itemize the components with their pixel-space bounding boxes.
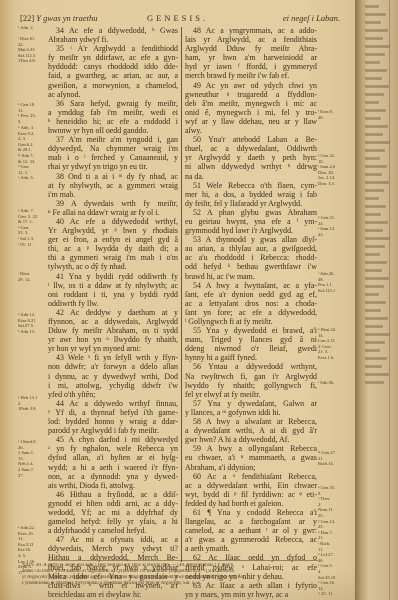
adjacent-page-curve	[355, 0, 398, 600]
verse-line: odd hefyd ᵏ bethau gwerthfawr i'w	[185, 262, 317, 271]
verse-line: eu geiriau hwynt, yna efe a ⁱ ym-	[185, 217, 317, 226]
verse-line: 43 Wele ˣ fi yn ſefyll wrth y ffyn-	[48, 353, 178, 362]
verse-line: gwneuthur ᵍ trugaredd a ffyddlon-	[185, 90, 317, 99]
blurred-text-line	[365, 85, 389, 88]
blurred-text-line	[365, 141, 390, 144]
verse-line: 44 Ac a ddywedo wrthyf finnau,	[48, 399, 178, 408]
page-number: [22]	[20, 13, 34, 23]
verse-line: lod: bydded honno y wraig a ddar-	[48, 417, 178, 426]
verse-line: hyd yr iawn ᶠ ffordd, i gymmeryd	[185, 62, 317, 71]
verse-line: 49 Ac yn awr od ydych chwi yn	[185, 81, 317, 90]
verse-line: aſwy.	[185, 126, 317, 135]
running-title: Y gwas yn traethu	[36, 13, 97, 23]
blurred-text-line	[365, 213, 381, 216]
blurred-text-line	[365, 205, 386, 208]
verse-line: gwr hwn? A hi a ddywedodd, Af.	[185, 435, 317, 444]
verse-line: gamelod hefyd: felly yr yfais, a hi	[48, 517, 178, 526]
verse-line: ni allwn ddywedyd wrthyt ʰ ddrwg	[185, 162, 317, 171]
blurred-text-line	[365, 5, 379, 8]
verse-line: wyf ar y llaw ddehau, neu ar y llaw	[185, 117, 317, 126]
verse-line: hynny hi a gaiff fyned.	[185, 353, 317, 362]
blurred-text-line	[365, 301, 386, 304]
verse-line: ham, yr hwn a'm harweiniodd ar	[185, 53, 317, 62]
verse-line: hyddodd: canys rhoddodd iddo dde-	[48, 62, 178, 71]
blurred-text-line	[365, 21, 381, 24]
verse-line: 55 Yna y dywedodd ei brawd, a'i	[185, 326, 317, 335]
verse-line: i mi, attolwg, ychydig ddwfr i'w	[48, 381, 178, 390]
verse-line: oddiwrth fy llw.	[48, 299, 178, 308]
verse-line: Dduw fy meiſtr Abraham, os ti sydd	[48, 326, 178, 335]
verse-line: i dynnu, ac y dywedwyf wrthi, Dod	[48, 372, 178, 381]
verse-line: at fy nhylwyth, ac a gymmeri wraig	[48, 181, 178, 190]
verse-line: ffynnon, ac a ddywedais, Arglwydd	[48, 317, 178, 326]
cross-reference: ʰ Gen.31. 24. ˢ Sam.13. 22.	[318, 215, 335, 237]
cross-reference: ᵐ Gen.27. 21. Ruth.14.	[318, 450, 336, 467]
verse-line: 62 Ac Iſaac oedd yn dyfod o	[185, 553, 317, 562]
blurred-text-line	[365, 269, 382, 272]
verse-line: lais yr Arglwydd, ac a fendithiais	[185, 35, 317, 44]
verse-line: ⁿ Fe allai na ddaw'r wraig ar fy ol i.	[48, 208, 178, 217]
footnote-divider	[48, 560, 318, 561]
verse-line: lwyddo fy nhaith; gollyngwch fi,	[185, 381, 317, 390]
blurred-text-line	[365, 77, 382, 80]
blurred-text-line	[365, 101, 379, 104]
blurred-text-line	[365, 309, 381, 312]
blurred-text-line	[365, 181, 389, 184]
verse-line: y llances, a ᵐ gofynwn iddi hi.	[185, 408, 317, 417]
blurred-text-line	[365, 237, 390, 240]
verse-line: wedodd, Yf; ac mi a ddyfrhaf dy	[48, 508, 178, 517]
verse-line: 48 Ac a ymgrymmais, ac a addo-	[185, 26, 317, 35]
cross-reference: ᵗ Deut. 29. 12.	[18, 271, 31, 282]
verse-line: non, ac a dynnodd: yna y dywed-	[48, 472, 178, 481]
verse-line: thuel, ac a ddywedaſant, Oddiwrth	[185, 144, 317, 153]
verse-line: mab i o ˡ ferched y Canaaneaid, y	[48, 153, 178, 162]
blurred-text-line	[365, 317, 388, 320]
verse-line: 60 Ac a ᵒ fendithiaſant Rebecca,	[185, 472, 317, 481]
verse-line: ddywedais, Merch pwy ydwyt ti?	[48, 544, 178, 553]
verse-line: 57 Yna y dywedaſant, Galwn ar	[185, 399, 317, 408]
adjacent-page-rule	[389, 0, 390, 600]
verse-line: 51 Wele Rebecca o'th flaen, cym-	[185, 181, 317, 190]
cross-reference: ᶠ Ezra 8. 28.	[318, 109, 333, 120]
cross-reference: ˡ Adn.56.	[318, 380, 334, 386]
blurred-text-line	[365, 381, 384, 384]
verse-line: ʸ Yf di, a thynnaf hefyd i'th game-	[48, 408, 178, 417]
verse-line: ais wrthi, Dioda fi, attolwg.	[48, 481, 178, 490]
verse-line: au arian, a thlyſau aur, a gwiſgoedd,	[185, 244, 317, 253]
verse-line: ᵏ heneiddio hi; ac efe a roddodd i	[48, 117, 178, 126]
verse-line: onid ê, mynegwch i mi, fel y tro-	[185, 108, 317, 117]
verse-line: a aeth ymaith.	[185, 544, 317, 553]
blurred-text-line	[365, 173, 382, 176]
verse-line: 53 A thynnodd y gwas allan dlyſ-	[185, 235, 317, 244]
verse-line: ac a ddywedaſant wrthi, Ein chwaer	[185, 481, 317, 490]
blurred-text-line	[365, 13, 386, 16]
cross-reference: ᵘ Adn.12. Ezra 8.21 Sal.37.5. ˣ Adn.13.	[18, 312, 36, 334]
verse-line: tylwyth, ac o dŷ fy nhad.	[48, 262, 178, 271]
blurred-text-line	[365, 229, 383, 232]
verse-line: ac a'u rhoddodd i Rebecca: rhodd-	[185, 253, 317, 262]
book-title: GENESIS.	[147, 13, 208, 23]
verse-line: ᵗ llw, os ti a ddaw at fy nhylwyth; ac	[48, 281, 178, 290]
cross-reference: ᵏ Gen.18. 11. ᴸ Pen. 25. 5.	[18, 102, 36, 124]
verse-line: yr Arglwydd y daeth y peth hyn:	[185, 153, 317, 162]
verse-line: ᶻ yn fy nghalon, wele Rebecca yn	[48, 444, 178, 453]
verse-line: 54 A hwy a fwyttaſant, ac a yfa-	[185, 281, 317, 290]
verse-line: Na rwyſtrwch fi, gan i'r Arglwydd	[185, 372, 317, 381]
blurred-text-line	[365, 125, 388, 128]
verse-line: ſant yn fore; ac efe a ddywedodd,	[185, 308, 317, 317]
verse-line: 52 A phan glybu gwas Abraham	[185, 208, 317, 217]
cross-reference: ᶻ 1Saml.8. 26. 1 Sam.1. 13. Neh.1.4. 2 S…	[18, 439, 37, 478]
blurred-text-line	[365, 61, 380, 64]
cross-reference: ᵃ Adn. 2.	[18, 25, 34, 31]
verse-line: llangeſau, ac a farchogaſant ar y	[185, 517, 317, 526]
verse-line: a ymddug fab i'm meiſtr, wedi ei	[48, 108, 178, 117]
verse-line: grymmodd hyd lawr i'r Arglwydd.	[185, 226, 317, 235]
blurred-text-line	[365, 341, 385, 344]
blurred-text-line	[365, 357, 387, 360]
verse-line: 45 A chyn darfod i mi ddywedyd	[48, 435, 178, 444]
verse-line: i'm mab.	[48, 190, 178, 199]
verse-line: Yr Arglwydd, yr ᵖ hwn y rhodiais	[48, 226, 178, 235]
verse-line: camelod, ac a aethant ʳ ar ol y gwr:	[185, 526, 317, 535]
blurred-text-line	[365, 69, 387, 72]
verse-line: wydd; a hi a aeth i waered i'r ffyn-	[48, 463, 178, 472]
verse-line: 41 Yna y byddi rydd oddiwrth fy	[48, 272, 178, 281]
bible-page: [22] Y gwas yn traethu GENESIS. ei negeſ…	[0, 0, 366, 600]
blurred-text-line	[365, 37, 383, 40]
verse-line: dyfod allan, a'i hyſten ar ei hyſg-	[48, 453, 178, 462]
verse-line: wyt, bydd di ᵖ fil fyrddiwn: ac ᵠ eti-	[185, 490, 317, 499]
blurred-text-line	[365, 221, 388, 224]
verse-line: a ddyfrhaodd y camelod hefyd.	[48, 526, 178, 535]
verse-line: 42 Ac deddyw y daethum at y	[48, 308, 178, 317]
verse-line: a'r gwas a gymmerodd Rebecca, ac	[185, 535, 317, 544]
blurred-text-line	[365, 373, 389, 376]
verse-line: hwnnw yr hyn oll oedd ganddo.	[48, 126, 178, 135]
verse-line: merch brawd fy meiſtr i'w fab ef.	[185, 71, 317, 80]
blurred-text-line	[365, 149, 385, 152]
blurred-text-line	[365, 285, 384, 288]
column-divider	[181, 27, 182, 562]
verse-line: rhai yr ydwyf yn trigo yn eu tir.	[48, 162, 178, 171]
cross-reference: ᵏ Deut.32. 14. Can.4.13 2 Cron. 21. 3. E…	[318, 327, 336, 361]
verse-line: 47 Ac mi a ofynais iddi, ac a	[48, 535, 178, 544]
verse-line: thi, ac a ᵖ lwydda dy daith di; a	[48, 244, 178, 253]
verse-line: oni roddant i ti, yna y byddi rydd	[48, 290, 178, 299]
verse-line: ger ei fron, a enfyn ei angel gyd â	[48, 235, 178, 244]
verse-line: 36 Sara hefyd, gwraig fy meiſtr,	[48, 99, 178, 108]
blurred-text-line	[365, 277, 389, 280]
verse-line: 40 Ac efe a ddywedodd wrthyf,	[48, 217, 178, 226]
blurred-text-line	[365, 245, 385, 248]
blurred-text-line	[365, 117, 381, 120]
cross-reference: ᵍ Gen.32. 10. ˢ Sam.2.6 Diar. 20. Jos. 2…	[318, 153, 335, 187]
verse-line: 37 A'm meiſtr a'm tyngodd i, gan	[48, 135, 178, 144]
verse-line: Arglwydd Dduw fy meiſtr Abra-	[185, 44, 317, 53]
verse-line: Abraham ydwyf fi.	[48, 35, 178, 44]
verse-line: mam, Triged y llances gyd â ni	[185, 335, 317, 344]
right-text-column: 48 Ac a ymgrymmais, ac a addo-lais yr Ar…	[185, 26, 317, 599]
verse-line: 61 ¶ Yna y cododd Rebecca a'i	[185, 508, 317, 517]
blurred-text-line	[365, 325, 383, 328]
blurred-text-line	[365, 261, 387, 264]
cross-reference: ᵖ Adn. 7. Gen. 5. 22 & 17. 1. ᵠ Gen. 23.…	[18, 208, 37, 247]
verse-line: 58 A hwy a alwaſant ar Rebecca,	[185, 417, 317, 426]
running-header: [22] Y gwas yn traethu GENESIS. ei negeſ…	[20, 13, 340, 25]
page-shadow	[0, 570, 366, 600]
verse-line: fy meiſtr yn ddirfawr, ac efe a gyn-	[48, 53, 178, 62]
blurred-text-line	[365, 109, 386, 112]
left-text-column: 34 Ac efe a ddywedodd, ᵇ GwasAbraham ydw…	[48, 26, 178, 599]
blurred-text-line	[365, 189, 384, 192]
verse-line: ddywedyd, Na chymmer wraig i'm	[48, 144, 178, 153]
blurred-text-line	[365, 53, 385, 56]
verse-line: yr hon yr wyf yn myned arni:	[48, 344, 178, 353]
header-right-title: ei negeſ i Laban.	[283, 13, 340, 23]
verse-line: 38 Ond ti a ai i ᵐ dy fy nhad, ac	[48, 172, 178, 181]
blurred-text-line	[365, 133, 383, 136]
blurred-text-line	[365, 365, 382, 368]
blurred-text-line	[365, 253, 380, 256]
verse-line: 46 Hithau a fryſiodd, ac a ddiſ-	[48, 490, 178, 499]
verse-line: brawd hi, ac i'w mam.	[185, 272, 317, 281]
verse-line: eu chwaer, a'i ⁿ mammaeth, a gwas	[185, 453, 317, 462]
verse-line: non ddwfr; a'r forwyn a ddelo allan	[48, 362, 178, 371]
blurred-text-line	[365, 45, 390, 48]
verse-line: yfed o'th yſtên;	[48, 390, 178, 399]
verse-line: dy feiſtr, fel y llafaradd yr Arglwydd.	[185, 199, 317, 208]
verse-line: mer hi, a dos, a bydded wraig i fab	[185, 190, 317, 199]
blurred-text-line	[365, 165, 387, 168]
verse-line: a dywedaſant wrthi, A ai di gyd â'r	[185, 426, 317, 435]
verse-line: Hithau a ddywedodd, Merch Be-	[48, 553, 178, 562]
verse-line: fedded dy had borth ei gaſeion.	[185, 499, 317, 508]
blurred-text-line	[365, 157, 380, 160]
verse-line: 50 Yna'r attebodd Laban a Be-	[185, 135, 317, 144]
verse-line: Abraham, a'i ddynion;	[185, 463, 317, 472]
cross-reference: ⁱ Diar.10. 22. Mat.6.33 Sal.112.3 1Tim.4…	[18, 36, 35, 64]
verse-line: thi a gymmeri wraig i'm mab i o'm	[48, 253, 178, 262]
verse-line: fel yr elwyf at fy meiſtr.	[185, 390, 317, 399]
verse-line: ac a lettyaſant dros nos: a choda-	[185, 299, 317, 308]
verse-line: 59 A hwy a ollyngaſant Rebecca	[185, 444, 317, 453]
blurred-text-line	[365, 93, 384, 96]
cross-reference: ⁱ Adn.26. 48. Pen.1.1. Sal.115.1	[318, 271, 335, 293]
verse-line: gynodd ei hſten oddi arni, ac a ddy-	[48, 499, 178, 508]
header-left: [22] Y gwas yn traethu	[20, 13, 97, 23]
blurred-text-line	[365, 29, 388, 32]
verse-line: faid, a gwartheg, ac arian, ac aur, a	[48, 71, 178, 80]
verse-line: 39 A dywedais wrth fy meiſtr,	[48, 199, 178, 208]
verse-line: na da.	[185, 172, 317, 181]
verse-line: ˡ Gollyngwch fi at fy meiſtr.	[185, 317, 317, 326]
cross-reference: ᴸ Adn. 3. Ezra 9.2, 2, 3. Gen.6.2. & 28.…	[18, 125, 35, 181]
verse-line: ddeng niwrnod o'r lleiaf, gwedi	[185, 344, 317, 353]
verse-line: 35 ᶦ A'r Arglwydd a fendithiodd	[48, 44, 178, 53]
verse-line: 34 Ac efe a ddywedodd, ᵇ Gwas	[48, 26, 178, 35]
cross-reference: ʸ Heb.13.1 2. 1Pedr 3.8	[18, 395, 37, 412]
verse-line: yr awr hon yn ᵘ llwyddo fy nhaith,	[48, 335, 178, 344]
verse-line: deb â'm meiſtr, mynegwch i mi: ac	[185, 99, 317, 108]
blurred-text-line	[365, 197, 379, 200]
blurred-text-line	[365, 333, 390, 336]
verse-line: parodd yr Arglwydd i fab fy meiſtr.	[48, 426, 178, 435]
verse-line: ſant, efe a'r dynion oedd gyd ag ef,	[185, 290, 317, 299]
verse-line: ac aſynod.	[48, 90, 178, 99]
blurred-text-line	[365, 293, 379, 296]
verse-line: gweiſion, a morwynion, a chamelod,	[48, 81, 178, 90]
blurred-text-line	[365, 349, 380, 352]
verse-line: 56 Yntau a ddywedodd wrthynt,	[185, 362, 317, 371]
